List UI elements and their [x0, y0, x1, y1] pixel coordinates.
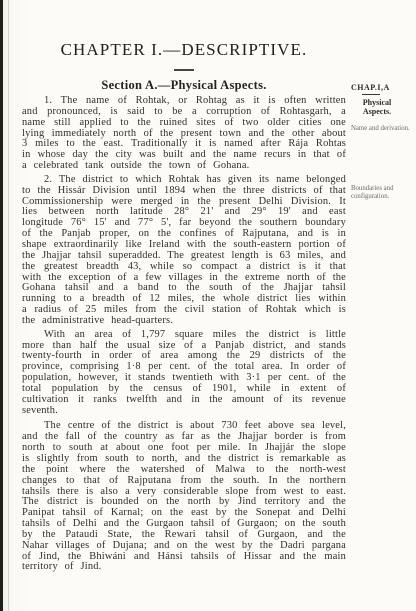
body-text-column: 1. The name of Rohtak, or Rohtag as it i… — [22, 96, 346, 576]
margin-section-reference: Physical Aspects. — [352, 99, 402, 116]
title-divider-rule — [174, 69, 194, 71]
paragraph-4: The centre of the district is about 730 … — [22, 421, 346, 573]
paragraph-3: With an area of 1,797 square miles the d… — [22, 330, 346, 417]
margin-chapter-rule — [362, 94, 380, 95]
section-title: Section A.—Physical Aspects. — [22, 78, 346, 93]
scanned-book-page: CHAPTER I.—DESCRIPTIVE. Section A.—Physi… — [0, 0, 416, 611]
scan-binding-edge-line — [0, 0, 3, 611]
margin-chapter-reference: CHAP.I,A — [351, 83, 413, 92]
chapter-title: CHAPTER I.—DESCRIPTIVE. — [22, 40, 346, 60]
margin-note-name-derivation: Name and derivation. — [351, 125, 411, 133]
scan-secondary-edge-line — [8, 0, 9, 611]
paragraph-2: 2. The district to which Rohtak has give… — [22, 175, 346, 327]
paragraph-1: 1. The name of Rohtak, or Rohtag as it i… — [22, 96, 346, 172]
margin-note-boundaries-configuration: Boundaries and configuration. — [351, 185, 411, 201]
